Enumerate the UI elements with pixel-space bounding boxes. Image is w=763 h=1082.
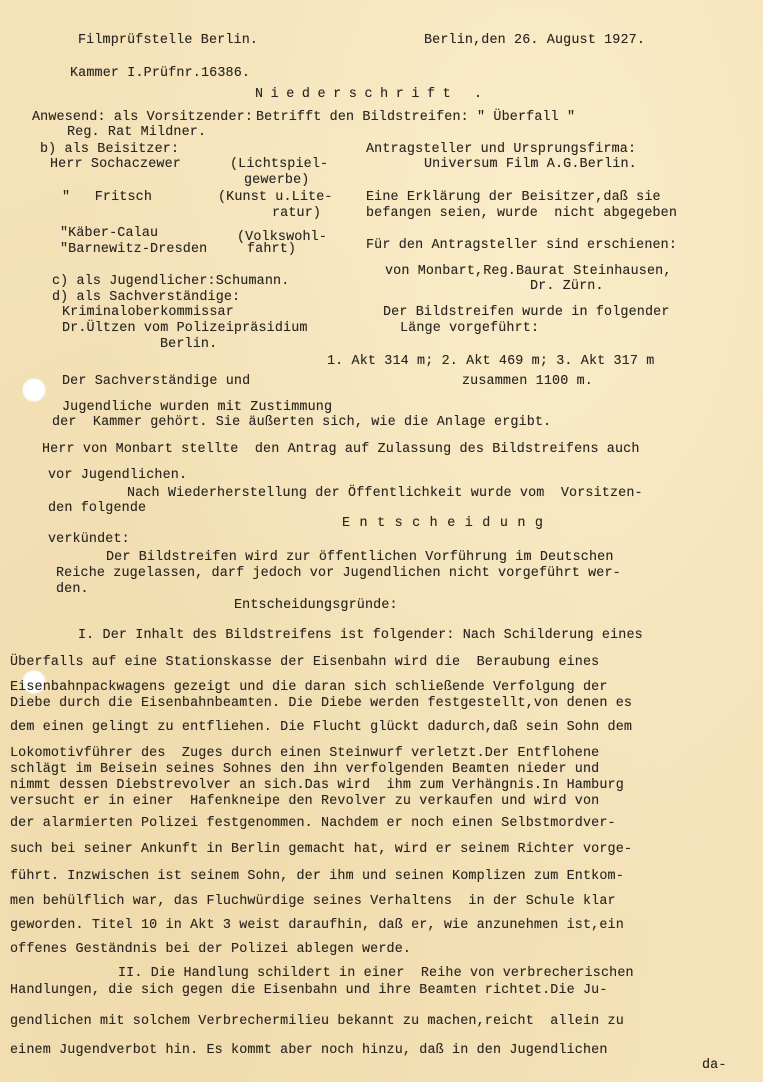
total-length: zusammen 1100 m. bbox=[462, 374, 593, 389]
proceedings-line: Herr von Monbart stellte den Antrag auf … bbox=[42, 442, 640, 457]
reasons-line: schlägt im Beisein seines Sohnes den ihn… bbox=[10, 762, 599, 777]
reasons-line: Handlungen, die sich gegen die Eisenbahn… bbox=[10, 983, 608, 998]
chair-name: Reg. Rat Mildner. bbox=[67, 125, 206, 140]
reasons-line: Lokomotivführer des Zuges durch einen St… bbox=[10, 746, 599, 761]
decision-heading: Entscheidung bbox=[342, 516, 552, 531]
decision-text: Reiche zugelassen, darf jedoch vor Jugen… bbox=[56, 566, 621, 581]
assessor-2-role-cont: ratur) bbox=[272, 206, 321, 221]
proceedings-line: den folgende bbox=[48, 501, 146, 516]
expert-location: Berlin. bbox=[160, 337, 217, 352]
document-date: Berlin,den 26. August 1927. bbox=[424, 33, 645, 48]
film-subject: Betrifft den Bildstreifen: " Überfall " bbox=[256, 110, 575, 125]
reasons-line: II. Die Handlung schildert in einer Reih… bbox=[118, 966, 634, 981]
assessors-label: b) als Beisitzer: bbox=[40, 142, 179, 157]
document-page: Filmprüfstelle Berlin. Berlin,den 26. Au… bbox=[0, 0, 763, 1082]
present-label: Anwesend: als Vorsitzender: bbox=[32, 110, 253, 125]
expert-name: Dr.Ültzen vom Polizeipräsidium bbox=[62, 321, 308, 336]
length-line-2: Länge vorgeführt: bbox=[400, 321, 539, 336]
assessor-4-role: fahrt) bbox=[247, 242, 296, 257]
reasons-line: offenes Geständnis bei der Polizei ableg… bbox=[10, 942, 411, 957]
applicant-name: Universum Film A.G.Berlin. bbox=[424, 157, 637, 172]
reasons-line: I. Der Inhalt des Bildstreifens ist folg… bbox=[78, 628, 643, 643]
assessor-1-role-cont: gewerbe) bbox=[244, 173, 310, 188]
declaration-line-2: befangen seien, wurde nicht abgegeben bbox=[366, 206, 677, 221]
assessor-2-name: " Fritsch bbox=[62, 190, 152, 205]
reasons-line: gendlichen mit solchem Verbrechermilieu … bbox=[10, 1014, 624, 1029]
reasons-line: geworden. Titel 10 in Akt 3 weist darauf… bbox=[10, 918, 624, 933]
assessor-3-name: "Käber-Calau bbox=[60, 226, 158, 241]
decision-announced: verkündet: bbox=[48, 532, 130, 547]
expert-title: Kriminaloberkommissar bbox=[62, 305, 234, 320]
proceedings-line: vor Jugendlichen. bbox=[48, 468, 187, 483]
acts-lengths: 1. Akt 314 m; 2. Akt 469 m; 3. Akt 317 m bbox=[327, 354, 654, 369]
experts-label: d) als Sachverständige: bbox=[52, 290, 240, 305]
reasons-line: dem einen gelingt zu entfliehen. Die Flu… bbox=[10, 720, 632, 735]
assessor-4-name: "Barnewitz-Dresden bbox=[60, 242, 207, 257]
chamber-number: Kammer I.Prüfnr.16386. bbox=[70, 66, 250, 81]
proceedings-line: der Kammer gehört. Sie äußerten sich, wi… bbox=[52, 415, 551, 430]
assessor-2-role: (Kunst u.Lite- bbox=[218, 190, 333, 205]
proceedings-line: Der Sachverständige und bbox=[62, 374, 250, 389]
reasons-line: der alarmierten Polizei festgenommen. Na… bbox=[10, 816, 616, 831]
reasons-line: einem Jugendverbot hin. Es kommt aber no… bbox=[10, 1043, 608, 1058]
declaration-line-1: Eine Erklärung der Beisitzer,daß sie bbox=[366, 190, 661, 205]
appeared-names-cont: Dr. Zürn. bbox=[530, 279, 604, 294]
assessor-1-name: Herr Sochaczewer bbox=[50, 157, 181, 172]
length-line-1: Der Bildstreifen wurde in folgender bbox=[383, 305, 670, 320]
page-continuation: da- bbox=[702, 1058, 727, 1073]
appeared-label: Für den Antragsteller sind erschienen: bbox=[366, 238, 677, 253]
reasons-line: führt. Inzwischen ist seinem Sohn, der i… bbox=[10, 869, 624, 884]
decision-text: Der Bildstreifen wird zur öffentlichen V… bbox=[106, 550, 614, 565]
reasons-line: men behülflich war, das Fluchwürdige sei… bbox=[10, 894, 616, 909]
applicant-label: Antragsteller und Ursprungsfirma: bbox=[366, 142, 636, 157]
youth-representative: c) als Jugendlicher:Schumann. bbox=[52, 274, 289, 289]
reasons-line: nimmt dessen Diebstrevolver an sich.Das … bbox=[10, 778, 624, 793]
punch-hole bbox=[22, 378, 46, 402]
appeared-names: von Monbart,Reg.Baurat Steinhausen, bbox=[385, 264, 672, 279]
document-title: Niederschrift . bbox=[255, 87, 490, 102]
reasons-line: Überfalls auf eine Stationskasse der Eis… bbox=[10, 655, 599, 670]
office-name: Filmprüfstelle Berlin. bbox=[78, 33, 258, 48]
reasons-heading: Entscheidungsgründe: bbox=[234, 598, 398, 613]
assessor-1-role: (Lichtspiel- bbox=[230, 157, 328, 172]
reasons-line: Diebe durch die Eisenbahnbeamten. Die Di… bbox=[10, 696, 632, 711]
reasons-line: versucht er in einer Hafenkneipe den Rev… bbox=[10, 794, 599, 809]
reasons-line: such bei seiner Ankunft in Berlin gemach… bbox=[10, 842, 632, 857]
decision-text: den. bbox=[56, 582, 89, 597]
reasons-line: Eisenbahnpackwagens gezeigt und die dara… bbox=[10, 680, 608, 695]
proceedings-line: Jugendliche wurden mit Zustimmung bbox=[62, 400, 332, 415]
proceedings-line: Nach Wiederherstellung der Öffentlichkei… bbox=[127, 486, 643, 501]
